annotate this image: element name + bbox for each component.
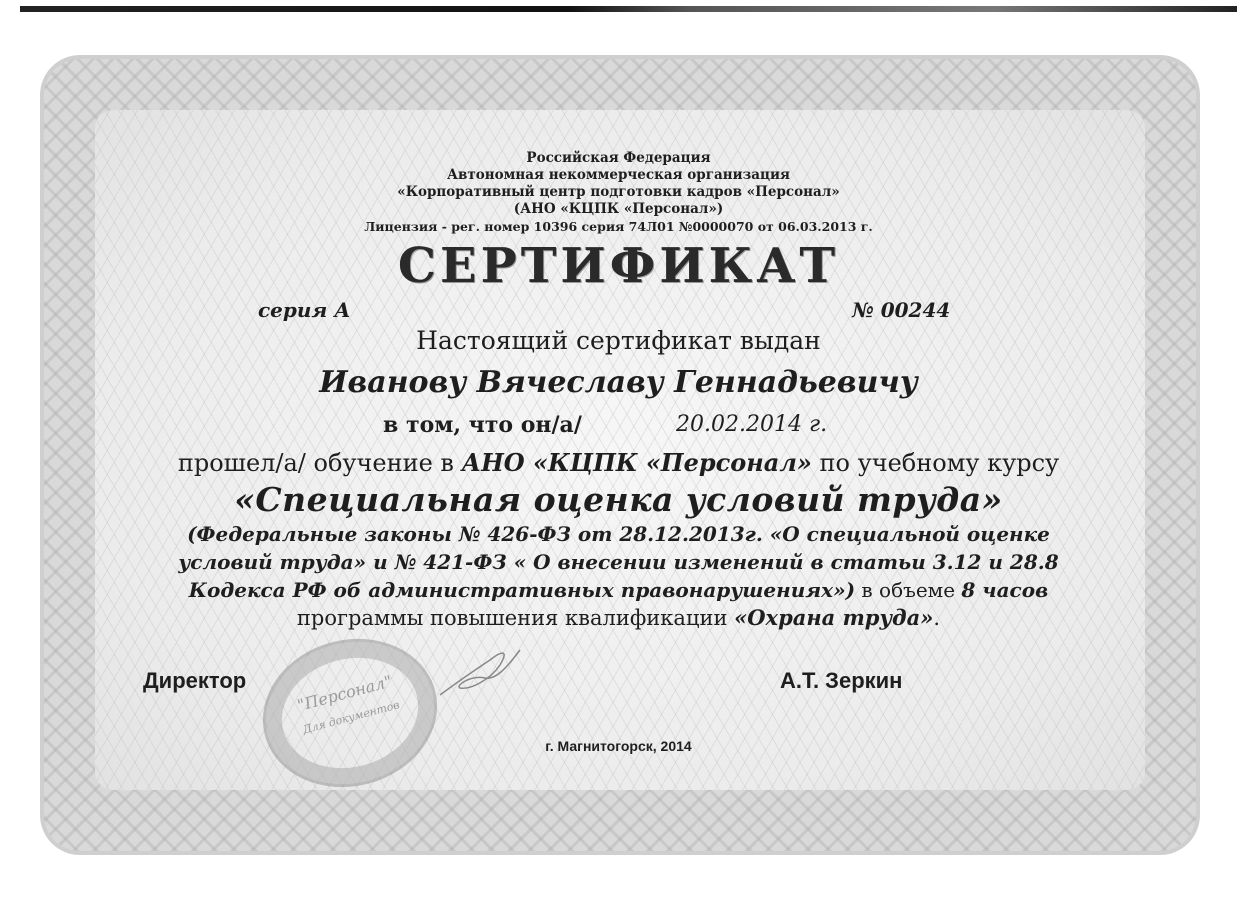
scan-edge <box>20 6 1237 12</box>
program-name: «Охрана труда» <box>734 605 933 630</box>
certificate-series: серия А <box>258 298 351 322</box>
law-line-2: условий труда» и № 421-ФЗ « О внесении и… <box>0 550 1237 574</box>
director-label: Директор <box>143 668 246 694</box>
issued-text: Настоящий сертификат выдан <box>0 326 1237 355</box>
certificate-title: СЕРТИФИКАТ <box>0 238 1237 294</box>
recipient-name: Иванову Вячеславу Геннадьевичу <box>0 365 1237 400</box>
issue-date: 20.02.2014 г. <box>676 412 827 437</box>
course-intro-post: по учебному курсу <box>812 449 1059 477</box>
law-line-1: (Федеральные законы № 426-ФЗ от 28.12.20… <box>0 522 1237 546</box>
volume-label: в объеме <box>855 578 961 602</box>
that-text: в том, что он/а/ <box>383 412 582 438</box>
course-intro: прошел/а/ обучение в АНО «КЦПК «Персонал… <box>0 448 1237 477</box>
law-line-3-bold: Кодекса РФ об административных правонару… <box>189 578 855 602</box>
city-year: г. Магнитогорск, 2014 <box>0 738 1237 754</box>
hours-value: 8 часов <box>961 578 1048 602</box>
program-post: . <box>933 606 940 630</box>
course-name: «Специальная оценка условий труда» <box>0 480 1237 519</box>
law-line-3: Кодекса РФ об административных правонару… <box>0 578 1237 602</box>
header-org-abbr: (АНО «КЦПК «Персонал») <box>0 201 1237 218</box>
header-org-name: «Корпоративный центр подготовки кадров «… <box>0 184 1237 201</box>
header-country: Российская Федерация <box>0 150 1237 167</box>
certificate-number: № 00244 <box>852 298 950 322</box>
director-name: А.Т. Зеркин <box>780 668 902 694</box>
header-org-type: Автономная некоммерческая организация <box>0 167 1237 184</box>
course-intro-pre: прошел/а/ обучение в <box>178 449 462 477</box>
program-line: программы повышения квалификации «Охрана… <box>0 605 1237 630</box>
signature-mark <box>430 640 530 710</box>
header-license: Лицензия - рег. номер 10396 серия 74Л01 … <box>0 218 1237 235</box>
course-intro-org: АНО «КЦПК «Персонал» <box>462 448 812 477</box>
program-pre: программы повышения квалификации <box>297 606 734 630</box>
